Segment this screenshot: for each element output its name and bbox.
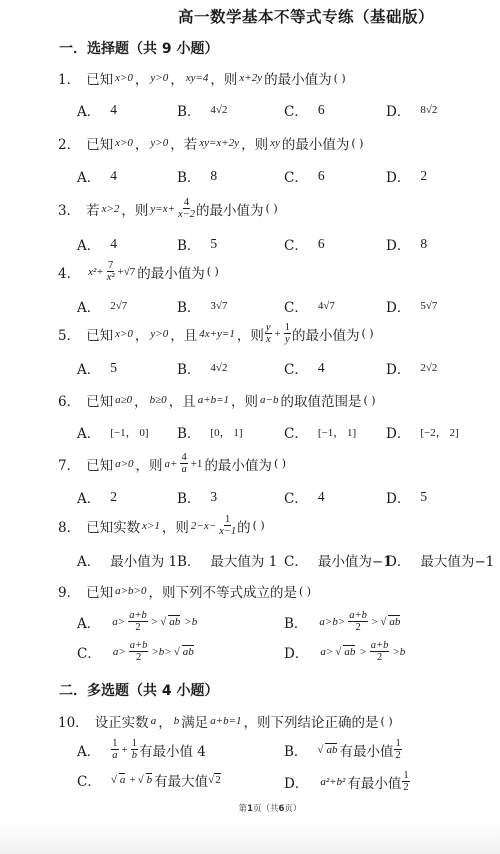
math-expr: x>1	[142, 520, 160, 532]
option-value: 4	[110, 102, 117, 118]
option-d: D．2	[386, 166, 427, 186]
option-d: D．5	[386, 487, 427, 507]
option-value: 8	[420, 236, 427, 252]
question-text: ，则	[241, 133, 268, 153]
option-label: C．	[284, 422, 308, 442]
option-label: A．	[77, 166, 100, 186]
option-label: A．	[77, 487, 100, 507]
option-b: B． a>b> a+b2 > √ab	[284, 610, 402, 633]
option-d: D． a> √ab > a+b2 >b	[284, 640, 407, 663]
question-text: ，则	[237, 324, 264, 344]
math-expr: a−b	[260, 394, 278, 406]
option-a: A．4	[77, 166, 117, 186]
question-text: 的最小值为	[196, 199, 264, 219]
numerator: 1	[111, 738, 118, 750]
option-c: C． √a + √b 有最大值 √2	[77, 770, 221, 790]
math-expr: x>2	[102, 203, 120, 215]
option-text: 有最大值	[154, 770, 208, 790]
question-2: 2． 已知 x>0 ， y>0 ，若 xy=x+2y ，则 xy 的最小值为 (…	[58, 133, 363, 153]
option-label: B．	[177, 166, 200, 186]
answer-blank: ( )	[363, 394, 375, 407]
fraction: a+b2	[128, 610, 148, 633]
option-label: D．	[386, 487, 410, 507]
option-value: 5	[210, 236, 217, 252]
question-number: 3．	[58, 199, 80, 219]
math-expr: >	[371, 616, 378, 628]
option-value: [−1， 1]	[318, 424, 356, 440]
math-expr: a>	[320, 646, 333, 658]
sqrt-expr: √ab	[174, 646, 196, 658]
math-expr: b	[174, 715, 180, 727]
option-label: C．	[284, 358, 308, 378]
option-label: B．	[284, 612, 307, 632]
option-a: A．4	[77, 100, 117, 120]
option-d: D．[−2， 2]	[386, 422, 459, 442]
option-c: C．4	[284, 487, 325, 507]
denominator: x−2	[178, 209, 195, 220]
question-text: 的取值范围是	[280, 390, 361, 410]
question-text: 已知	[86, 324, 113, 344]
option-b: B．[0， 1]	[177, 422, 243, 442]
question-text: 已知实数	[86, 516, 140, 536]
option-value: 2√2	[420, 362, 437, 374]
denominator: 2	[136, 652, 141, 663]
answer-blank: ( )	[266, 202, 278, 215]
option-label: C．	[284, 100, 308, 120]
option-label: D．	[386, 100, 410, 120]
answer-blank: ( )	[274, 457, 286, 470]
math-expr: >	[151, 616, 158, 628]
math-expr: +1	[191, 458, 203, 470]
question-4: 4． x²+ 7x² +√7 的最小值为 ( )	[58, 260, 219, 283]
footer-text: 页）	[284, 804, 301, 814]
option-label: D．	[386, 166, 410, 186]
option-label: C．	[284, 487, 308, 507]
denominator: x²	[107, 272, 115, 283]
fraction: a+b2	[129, 640, 149, 663]
option-c: C．[−1， 1]	[284, 422, 356, 442]
numerator: 4	[180, 452, 187, 464]
option-a: A．4	[77, 234, 117, 254]
option-value: 2	[110, 489, 117, 505]
option-value: 5	[110, 360, 117, 376]
option-label: B．	[177, 358, 200, 378]
answer-blank: ( )	[351, 137, 363, 150]
option-value: 5	[420, 489, 427, 505]
option-label: A．	[77, 234, 100, 254]
denominator: b	[132, 750, 137, 761]
option-d: D．2√2	[386, 358, 437, 378]
option-label: B．	[177, 422, 200, 442]
option-b: B．最大值为 1	[177, 550, 277, 570]
question-text: 的最小值为	[292, 324, 360, 344]
option-c: C．6	[284, 166, 325, 186]
fraction: yx	[265, 322, 272, 345]
option-label: D．	[386, 422, 410, 442]
math-expr: >b	[392, 646, 405, 658]
question-text: ，则	[231, 390, 258, 410]
question-number: 8．	[58, 516, 80, 536]
denominator: 2	[377, 652, 382, 663]
question-text: 设正实数	[95, 711, 149, 731]
math-expr: y=x+	[150, 203, 175, 215]
answer-blank: ( )	[253, 519, 265, 532]
option-value: 最小值为−1	[318, 550, 392, 570]
option-text: 有最小值	[347, 772, 401, 792]
math-expr: +	[122, 744, 128, 756]
option-value: 3√7	[210, 300, 227, 312]
question-text: ，	[134, 390, 148, 410]
option-value: 4	[318, 489, 325, 505]
radicand: b	[146, 773, 153, 786]
fraction: 4a	[180, 452, 187, 475]
question-8: 8． 已知实数 x>1 ，则 2−x− 1x−1 的 ( )	[58, 514, 265, 537]
math-expr: x+2y	[239, 72, 262, 84]
sqrt-expr: √2	[208, 774, 221, 786]
option-label: D．	[386, 358, 410, 378]
math-expr: x>0	[115, 137, 133, 149]
option-b: B．3√7	[177, 296, 227, 316]
fraction: 4x−2	[178, 197, 195, 220]
numerator: a+b	[370, 640, 390, 652]
option-text: 有最小值 4	[139, 740, 206, 760]
question-text: ，则	[136, 454, 163, 474]
question-text: ，则下列不等式成立的是	[148, 581, 297, 601]
option-value: 4	[318, 360, 325, 376]
radicand: ab	[325, 743, 337, 756]
question-7: 7． 已知 a>0 ，则 a+ 4a +1 的最小值为 ( )	[58, 452, 286, 475]
page-footer: 第1页（共6页）	[0, 802, 500, 814]
option-label: B．	[284, 740, 307, 760]
numerator: 1	[394, 738, 401, 750]
math-expr: a+b=1	[198, 394, 229, 406]
sqrt-expr: √ab	[380, 616, 402, 628]
option-value: 6	[318, 168, 325, 184]
option-value: 4√2	[210, 362, 227, 374]
radicand: ab	[168, 615, 180, 628]
option-a: A．2	[77, 487, 117, 507]
math-expr: a²+b²	[320, 776, 345, 788]
option-a: A．最小值为 1	[77, 550, 177, 570]
sqrt-expr: √b	[138, 774, 155, 786]
math-expr: a>	[113, 646, 126, 658]
math-expr: >b>	[151, 646, 171, 658]
fraction: 1y	[284, 322, 291, 345]
math-expr: xy	[270, 137, 280, 149]
math-expr: >b	[184, 616, 197, 628]
option-value: 3	[210, 489, 217, 505]
numerator: a+b	[129, 640, 149, 652]
page-title: 高一数学基本不等式专练（基础版）	[178, 5, 434, 27]
numerator: 1	[284, 322, 291, 334]
option-d: D．最大值为−1	[386, 550, 494, 570]
math-expr: +√7	[118, 266, 136, 278]
option-label: B．	[177, 234, 200, 254]
page-bottom-shade	[0, 820, 500, 854]
numerator: 1	[402, 770, 409, 782]
question-text: 已知	[86, 133, 113, 153]
radicand: ab	[343, 645, 355, 658]
option-label: D．	[386, 234, 410, 254]
question-number: 4．	[58, 262, 80, 282]
option-c: C．4√7	[284, 296, 335, 316]
denominator: 2	[135, 622, 140, 633]
option-label: C．	[77, 642, 101, 662]
question-text: ，则下列结论正确的是	[244, 711, 379, 731]
option-a: A．[−1， 0]	[77, 422, 149, 442]
fraction: 12	[394, 738, 401, 761]
question-text: ，则	[121, 199, 148, 219]
option-value: 最大值为−1	[420, 550, 494, 570]
section-heading-single-choice: 一．选择题（共 9 小题）	[59, 38, 219, 58]
question-number: 2．	[58, 133, 80, 153]
question-number: 7．	[58, 454, 80, 474]
option-label: C．	[284, 234, 308, 254]
denominator: 2	[355, 622, 360, 633]
math-expr: x>0	[115, 72, 133, 84]
math-expr: xy=x+2y	[199, 137, 239, 149]
math-expr: a>b>	[319, 616, 345, 628]
question-1: 1． 已知 x>0 ， y>0 ， xy=4 ，则 x+2y 的最小值为 ( )	[58, 68, 346, 88]
math-expr: a≥0	[115, 394, 132, 406]
fraction: a+b2	[370, 640, 390, 663]
numerator: a+b	[348, 610, 368, 622]
question-number: 9．	[58, 581, 80, 601]
question-text: ，	[135, 324, 149, 344]
radicand: ab	[388, 615, 400, 628]
option-label: A．	[77, 422, 100, 442]
option-label: C．	[284, 166, 308, 186]
question-number: 5．	[58, 324, 80, 344]
option-b: B．4√2	[177, 358, 227, 378]
numerator: 1	[131, 738, 138, 750]
option-value: 8	[210, 168, 217, 184]
option-a: A． 1a + 1b 有最小值 4	[77, 738, 206, 761]
question-text: 已知	[86, 454, 113, 474]
math-expr: 4x+y=1	[199, 328, 235, 340]
math-expr: xy=4	[186, 72, 209, 84]
question-9: 9． 已知 a>b>0 ，则下列不等式成立的是 ( )	[58, 581, 311, 601]
question-text: ，	[170, 68, 184, 88]
question-text: ，若	[170, 133, 197, 153]
math-expr: +	[129, 774, 135, 786]
answer-blank: ( )	[381, 715, 393, 728]
question-text: ，	[135, 133, 149, 153]
section-heading-multiple-choice: 二．多选题（共 4 小题）	[59, 680, 219, 700]
option-label: C．	[77, 770, 101, 790]
math-expr: a>	[112, 616, 125, 628]
radicand: 2	[214, 773, 221, 786]
question-text: 若	[86, 199, 100, 219]
sqrt-expr: √ab	[335, 646, 357, 658]
question-number: 6．	[58, 390, 80, 410]
question-text: ，	[158, 711, 172, 731]
option-a: A． a> a+b2 > √ab >b	[77, 610, 199, 633]
option-value: 2	[420, 168, 427, 184]
option-b: B． √ab 有最小值 12	[284, 738, 403, 761]
math-expr: a>b>0	[115, 585, 146, 597]
math-expr: a	[151, 715, 157, 727]
option-d: D．8	[386, 234, 427, 254]
option-b: B．8	[177, 166, 217, 186]
math-expr: y>0	[150, 137, 168, 149]
option-label: D．	[386, 296, 410, 316]
math-expr: a+b=1	[210, 715, 241, 727]
denominator: x−1	[219, 526, 236, 537]
option-label: B．	[177, 550, 200, 570]
denominator: x	[266, 334, 271, 345]
question-text: 的最小值为	[137, 262, 205, 282]
option-value: 6	[318, 102, 325, 118]
math-expr: b≥0	[150, 394, 167, 406]
question-text: 的最小值为	[204, 454, 272, 474]
option-a: A．5	[77, 358, 117, 378]
option-label: D．	[284, 642, 308, 662]
answer-blank: ( )	[361, 327, 373, 340]
radicand: ab	[182, 645, 194, 658]
question-text: 满足	[181, 711, 208, 731]
option-c: C． a> a+b2 >b> √ab	[77, 640, 196, 663]
answer-blank: ( )	[207, 265, 219, 278]
sqrt-expr: √a	[111, 774, 128, 786]
option-label: A．	[77, 550, 100, 570]
option-b: B．5	[177, 234, 217, 254]
question-text: ，则	[210, 68, 237, 88]
option-a: A．2√7	[77, 296, 127, 316]
option-value: 最小值为 1	[110, 550, 177, 570]
option-b: B．3	[177, 487, 217, 507]
question-text: 的最小值为	[282, 133, 350, 153]
fraction: 7x²	[107, 260, 115, 283]
numerator: a+b	[128, 610, 148, 622]
option-value: 4√2	[210, 104, 227, 116]
option-label: B．	[177, 100, 200, 120]
option-value: 4	[110, 236, 117, 252]
question-text: 的最小值为	[264, 68, 332, 88]
option-label: C．	[284, 296, 308, 316]
question-text: ，则	[162, 516, 189, 536]
option-c: C．4	[284, 358, 325, 378]
question-number: 10．	[58, 711, 89, 731]
option-value: 2√7	[110, 300, 127, 312]
option-value: 最大值为 1	[210, 550, 277, 570]
fraction: a+b2	[348, 610, 368, 633]
option-c: C．6	[284, 100, 325, 120]
math-expr: x>0	[115, 328, 133, 340]
option-value: [−2， 2]	[420, 424, 458, 440]
denominator: a	[112, 750, 117, 761]
question-text: 已知	[86, 390, 113, 410]
option-value: 5√7	[420, 300, 437, 312]
math-expr: a+	[165, 458, 178, 470]
footer-text: 页（共	[253, 804, 279, 814]
footer-text: 第	[239, 804, 248, 814]
option-label: A．	[77, 358, 100, 378]
option-value: 8√2	[420, 104, 437, 116]
option-label: A．	[77, 296, 100, 316]
option-label: B．	[177, 487, 200, 507]
question-text: ，	[135, 68, 149, 88]
fraction: 12	[402, 770, 409, 793]
answer-blank: ( )	[299, 585, 311, 598]
math-expr: x²+	[88, 266, 104, 278]
question-text: 已知	[86, 581, 113, 601]
math-expr: y>0	[150, 72, 168, 84]
option-label: C．	[284, 550, 308, 570]
question-text: 的	[237, 516, 251, 536]
option-value: [0， 1]	[210, 424, 242, 440]
math-expr: +	[275, 328, 281, 340]
denominator: y	[285, 334, 290, 345]
math-expr: >	[359, 646, 366, 658]
option-value: [−1， 0]	[110, 424, 148, 440]
option-label: B．	[177, 296, 200, 316]
fraction: 1a	[111, 738, 118, 761]
denominator: 2	[395, 750, 400, 761]
option-label: D．	[386, 550, 410, 570]
numerator: y	[265, 322, 272, 334]
option-label: A．	[77, 100, 100, 120]
option-label: D．	[284, 772, 308, 792]
question-text: 已知	[86, 68, 113, 88]
numerator: 1	[224, 514, 231, 526]
radicand: a	[119, 773, 126, 786]
option-c: C．最小值为−1	[284, 550, 392, 570]
question-3: 3． 若 x>2 ，则 y=x+ 4x−2 的最小值为 ( )	[58, 197, 278, 220]
option-value: 6	[318, 236, 325, 252]
fraction: 1b	[131, 738, 138, 761]
option-text: 有最小值	[339, 740, 393, 760]
question-6: 6． 已知 a≥0 ， b≥0 ，且 a+b=1 ，则 a−b 的取值范围是 (…	[58, 390, 376, 410]
answer-blank: ( )	[334, 72, 346, 85]
math-expr: 2−x−	[191, 520, 216, 532]
worksheet-page: 高一数学基本不等式专练（基础版） 一．选择题（共 9 小题） 1． 已知 x>0…	[0, 0, 500, 854]
denominator: a	[181, 464, 186, 475]
option-d: D． a²+b² 有最小值 12	[284, 770, 411, 793]
option-value: 4	[110, 168, 117, 184]
question-10: 10． 设正实数 a ， b 满足 a+b=1 ，则下列结论正确的是 ( )	[58, 711, 393, 731]
question-text: ，且	[170, 324, 197, 344]
denominator: 2	[403, 782, 408, 793]
numerator: 7	[107, 260, 114, 272]
sqrt-expr: √ab	[317, 744, 339, 756]
option-label: A．	[77, 612, 100, 632]
question-text: ，且	[169, 390, 196, 410]
numerator: 4	[183, 197, 190, 209]
question-5: 5． 已知 x>0 ， y>0 ，且 4x+y=1 ，则 yx + 1y 的最小…	[58, 322, 374, 345]
math-expr: a>0	[115, 458, 133, 470]
math-expr: y>0	[150, 328, 168, 340]
option-d: D．8√2	[386, 100, 437, 120]
sqrt-expr: √ab	[160, 616, 182, 628]
option-c: C．6	[284, 234, 325, 254]
option-label: A．	[77, 740, 100, 760]
option-value: 4√7	[318, 300, 335, 312]
question-number: 1．	[58, 68, 80, 88]
option-d: D．5√7	[386, 296, 437, 316]
fraction: 1x−1	[219, 514, 236, 537]
option-b: B．4√2	[177, 100, 227, 120]
